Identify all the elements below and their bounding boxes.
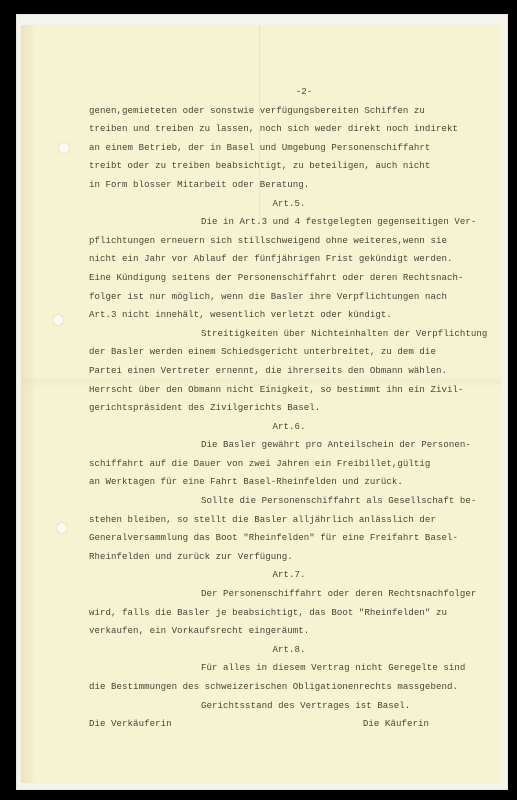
signature-block: Die Verkäuferin Die Käuferin xyxy=(89,715,489,734)
text-line: treibt oder zu treiben beabsichtigt, zu … xyxy=(89,157,489,176)
article-8-paragraph-1: Für alles in diesem Vertrag nicht Gerege… xyxy=(89,659,489,715)
text-line: Eine Kündigung seitens der Personenschif… xyxy=(89,269,489,288)
document-page: -2- genen,gemieteten oder sonstwie verfü… xyxy=(21,25,501,783)
text-line: an Werktagen für eine Fahrt Basel-Rheinf… xyxy=(89,473,489,492)
text-line: Generalversammlung das Boot "Rheinfelden… xyxy=(89,529,489,548)
article-6-paragraph-1: Die Basler gewährt pro Anteilschein der … xyxy=(89,436,489,492)
text-line: in Form blosser Mitarbeit oder Beratung. xyxy=(89,176,489,195)
text-line: schiffahrt auf die Dauer von zwei Jahren… xyxy=(89,455,489,474)
text-line: die Bestimmungen des schweizerischen Obl… xyxy=(89,678,489,697)
punch-hole-icon xyxy=(59,143,69,153)
text-line: Der Personenschiffahrt oder deren Rechts… xyxy=(89,585,489,604)
paragraph-continuation: genen,gemieteten oder sonstwie verfügung… xyxy=(89,102,489,195)
article-7-paragraph-1: Der Personenschiffahrt oder deren Rechts… xyxy=(89,585,489,641)
text-line: Die Basler gewährt pro Anteilschein der … xyxy=(89,436,489,455)
article-heading-7: Art.7. xyxy=(89,566,489,585)
text-line: an einem Betrieb, der in Basel und Umgeb… xyxy=(89,139,489,158)
text-line: der Basler werden einem Schiedsgericht u… xyxy=(89,343,489,362)
text-line: treiben und treiben zu lassen, noch sich… xyxy=(89,120,489,139)
text-line: Partei einen Vertreter ernennt, die ihre… xyxy=(89,362,489,381)
text-line: Streitigkeiten über Nichteinhalten der V… xyxy=(89,325,489,344)
text-line: Herrscht über den Obmann nicht Einigkeit… xyxy=(89,381,489,400)
typewritten-text: -2- genen,gemieteten oder sonstwie verfü… xyxy=(89,83,489,734)
article-heading-6: Art.6. xyxy=(89,418,489,437)
text-line: wird, falls die Basler je beabsichtigt, … xyxy=(89,604,489,623)
text-line: Rheinfelden und zurück zur Verfügung. xyxy=(89,548,489,567)
text-line: stehen bleiben, so stellt die Basler all… xyxy=(89,511,489,530)
scan-mat: -2- genen,gemieteten oder sonstwie verfü… xyxy=(16,14,508,790)
text-line: nicht ein Jahr vor Ablauf der fünfjährig… xyxy=(89,250,489,269)
article-heading-8: Art.8. xyxy=(89,641,489,660)
buyer-signature-label: Die Käuferin xyxy=(363,715,429,734)
page-number: -2- xyxy=(89,83,489,102)
punch-hole-icon xyxy=(57,523,67,533)
article-5-paragraph-2: Streitigkeiten über Nichteinhalten der V… xyxy=(89,325,489,418)
text-line: pflichtungen erneuern sich stillschweige… xyxy=(89,232,489,251)
text-line: genen,gemieteten oder sonstwie verfügung… xyxy=(89,102,489,121)
text-line: Art.3 nicht innehält, wesentlich verletz… xyxy=(89,306,489,325)
text-line: Sollte die Personenschiffahrt als Gesell… xyxy=(89,492,489,511)
article-5-paragraph-1: Die in Art.3 und 4 festgelegten gegensei… xyxy=(89,213,489,325)
text-line: verkaufen, ein Vorkaufsrecht eingeräumt. xyxy=(89,622,489,641)
text-line: Für alles in diesem Vertrag nicht Gerege… xyxy=(89,659,489,678)
article-heading-5: Art.5. xyxy=(89,195,489,214)
punch-hole-icon xyxy=(53,315,63,325)
text-line: Die in Art.3 und 4 festgelegten gegensei… xyxy=(89,213,489,232)
jurisdiction-line: Gerichtsstand des Vertrages ist Basel. xyxy=(89,697,489,716)
text-line: folger ist nur möglich, wenn die Basler … xyxy=(89,288,489,307)
text-line: gerichtspräsident des Zivilgerichts Base… xyxy=(89,399,489,418)
seller-signature-label: Die Verkäuferin xyxy=(89,715,172,734)
article-6-paragraph-2: Sollte die Personenschiffahrt als Gesell… xyxy=(89,492,489,566)
